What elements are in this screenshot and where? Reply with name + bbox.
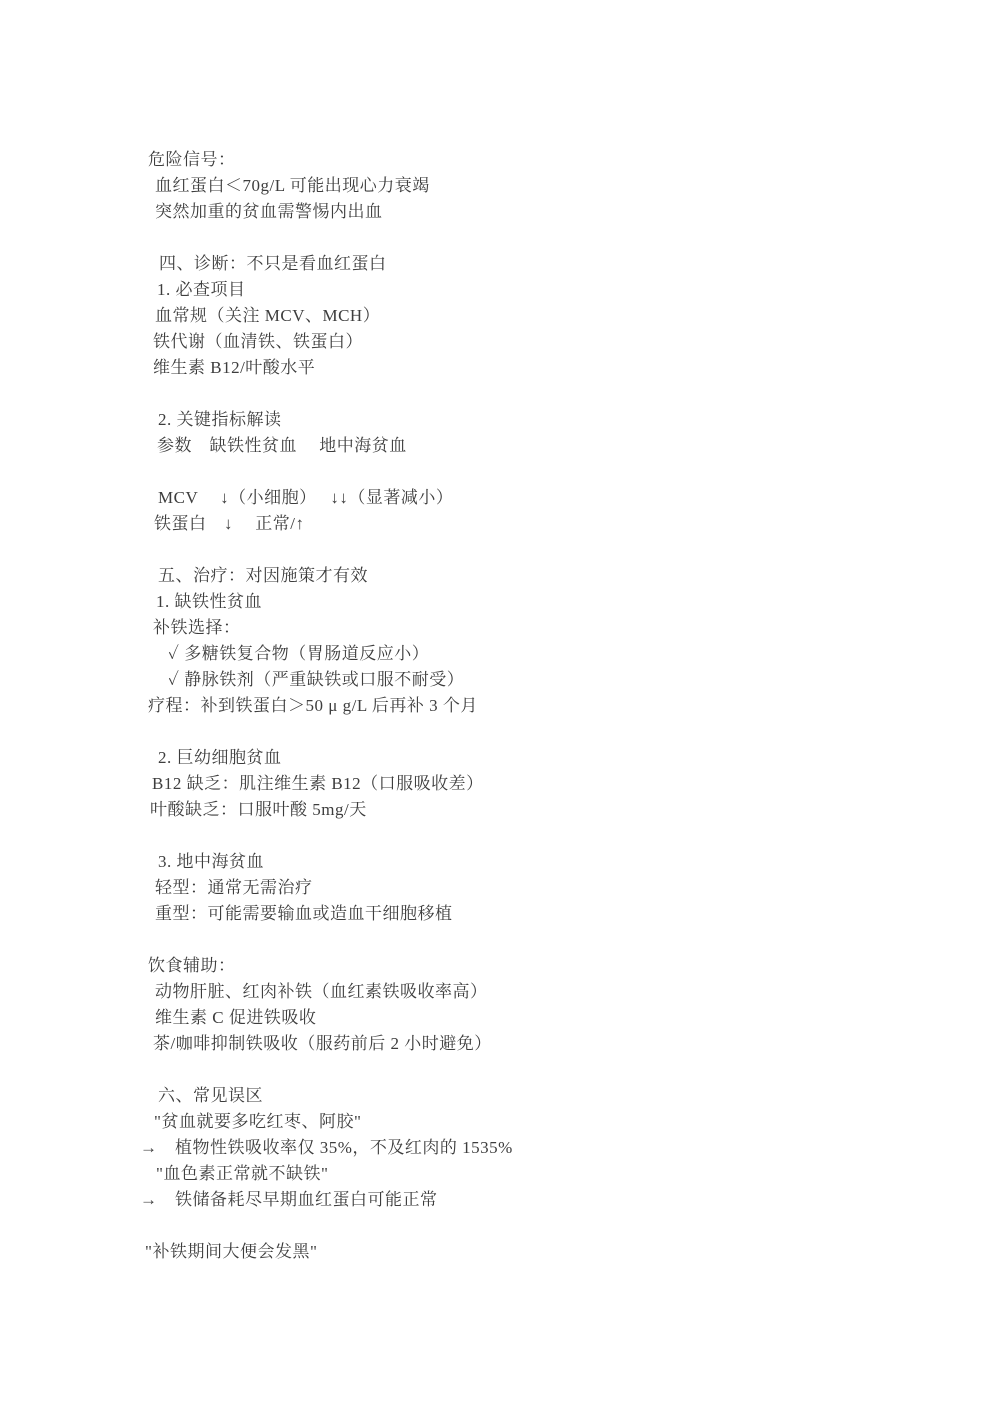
text-line: 1. 缺铁性贫血 xyxy=(140,589,992,615)
text-line: "补铁期间大便会发黑" xyxy=(140,1239,992,1265)
text-line: 四、诊断：不只是看血红蛋白 xyxy=(140,251,992,277)
text-line: 叶酸缺乏：口服叶酸 5mg/天 xyxy=(140,797,992,823)
text-line: "贫血就要多吃红枣、阿胶" xyxy=(140,1109,992,1135)
blank-line xyxy=(140,719,992,745)
text-line: 轻型：通常无需治疗 xyxy=(140,875,992,901)
text-line: 饮食辅助： xyxy=(140,953,992,979)
document-page: 危险信号：血红蛋白＜70g/L 可能出现心力衰竭突然加重的贫血需警惕内出血四、诊… xyxy=(140,147,992,1265)
text-line: ✓ 多糖铁复合物（胃肠道反应小） xyxy=(140,641,992,667)
text-line: 茶/咖啡抑制铁吸收（服药前后 2 小时避免） xyxy=(140,1031,992,1057)
text-line: 1. 必查项目 xyxy=(140,277,992,303)
text-line: 3. 地中海贫血 xyxy=(140,849,992,875)
blank-line xyxy=(140,1213,992,1239)
blank-line xyxy=(140,225,992,251)
text-line: 五、治疗：对因施策才有效 xyxy=(140,563,992,589)
text-line: 铁代谢（血清铁、铁蛋白） xyxy=(140,329,992,355)
text-line: 疗程：补到铁蛋白＞50 μ g/L 后再补 3 个月 xyxy=(140,693,992,719)
text-line: 动物肝脏、红肉补铁（血红素铁吸收率高） xyxy=(140,979,992,1005)
text-line: 血红蛋白＜70g/L 可能出现心力衰竭 xyxy=(140,173,992,199)
text-line: 2. 巨幼细胞贫血 xyxy=(140,745,992,771)
text-line: 危险信号： xyxy=(140,147,992,173)
text-line: 突然加重的贫血需警惕内出血 xyxy=(140,199,992,225)
text-line: 参数 缺铁性贫血 地中海贫血 xyxy=(140,433,992,459)
text-line: → 植物性铁吸收率仅 35%，不及红肉的 1535% xyxy=(140,1135,992,1161)
blank-line xyxy=(140,537,992,563)
text-line: ✓ 静脉铁剂（严重缺铁或口服不耐受） xyxy=(140,667,992,693)
blank-line xyxy=(140,459,992,485)
blank-line xyxy=(140,1057,992,1083)
text-line: 补铁选择： xyxy=(140,615,992,641)
blank-line xyxy=(140,823,992,849)
blank-line xyxy=(140,927,992,953)
text-line: MCV ↓（小细胞） ↓↓（显著减小） xyxy=(140,485,992,511)
text-line: "血色素正常就不缺铁" xyxy=(140,1161,992,1187)
blank-line xyxy=(140,381,992,407)
text-line: 血常规（关注 MCV、MCH） xyxy=(140,303,992,329)
text-line: → 铁储备耗尽早期血红蛋白可能正常 xyxy=(140,1187,992,1213)
text-line: 2. 关键指标解读 xyxy=(140,407,992,433)
text-line: 维生素 C 促进铁吸收 xyxy=(140,1005,992,1031)
text-line: 铁蛋白 ↓ 正常/↑ xyxy=(140,511,992,537)
text-line: 维生素 B12/叶酸水平 xyxy=(140,355,992,381)
text-line: B12 缺乏：肌注维生素 B12（口服吸收差） xyxy=(140,771,992,797)
text-line: 六、常见误区 xyxy=(140,1083,992,1109)
text-line: 重型：可能需要输血或造血干细胞移植 xyxy=(140,901,992,927)
